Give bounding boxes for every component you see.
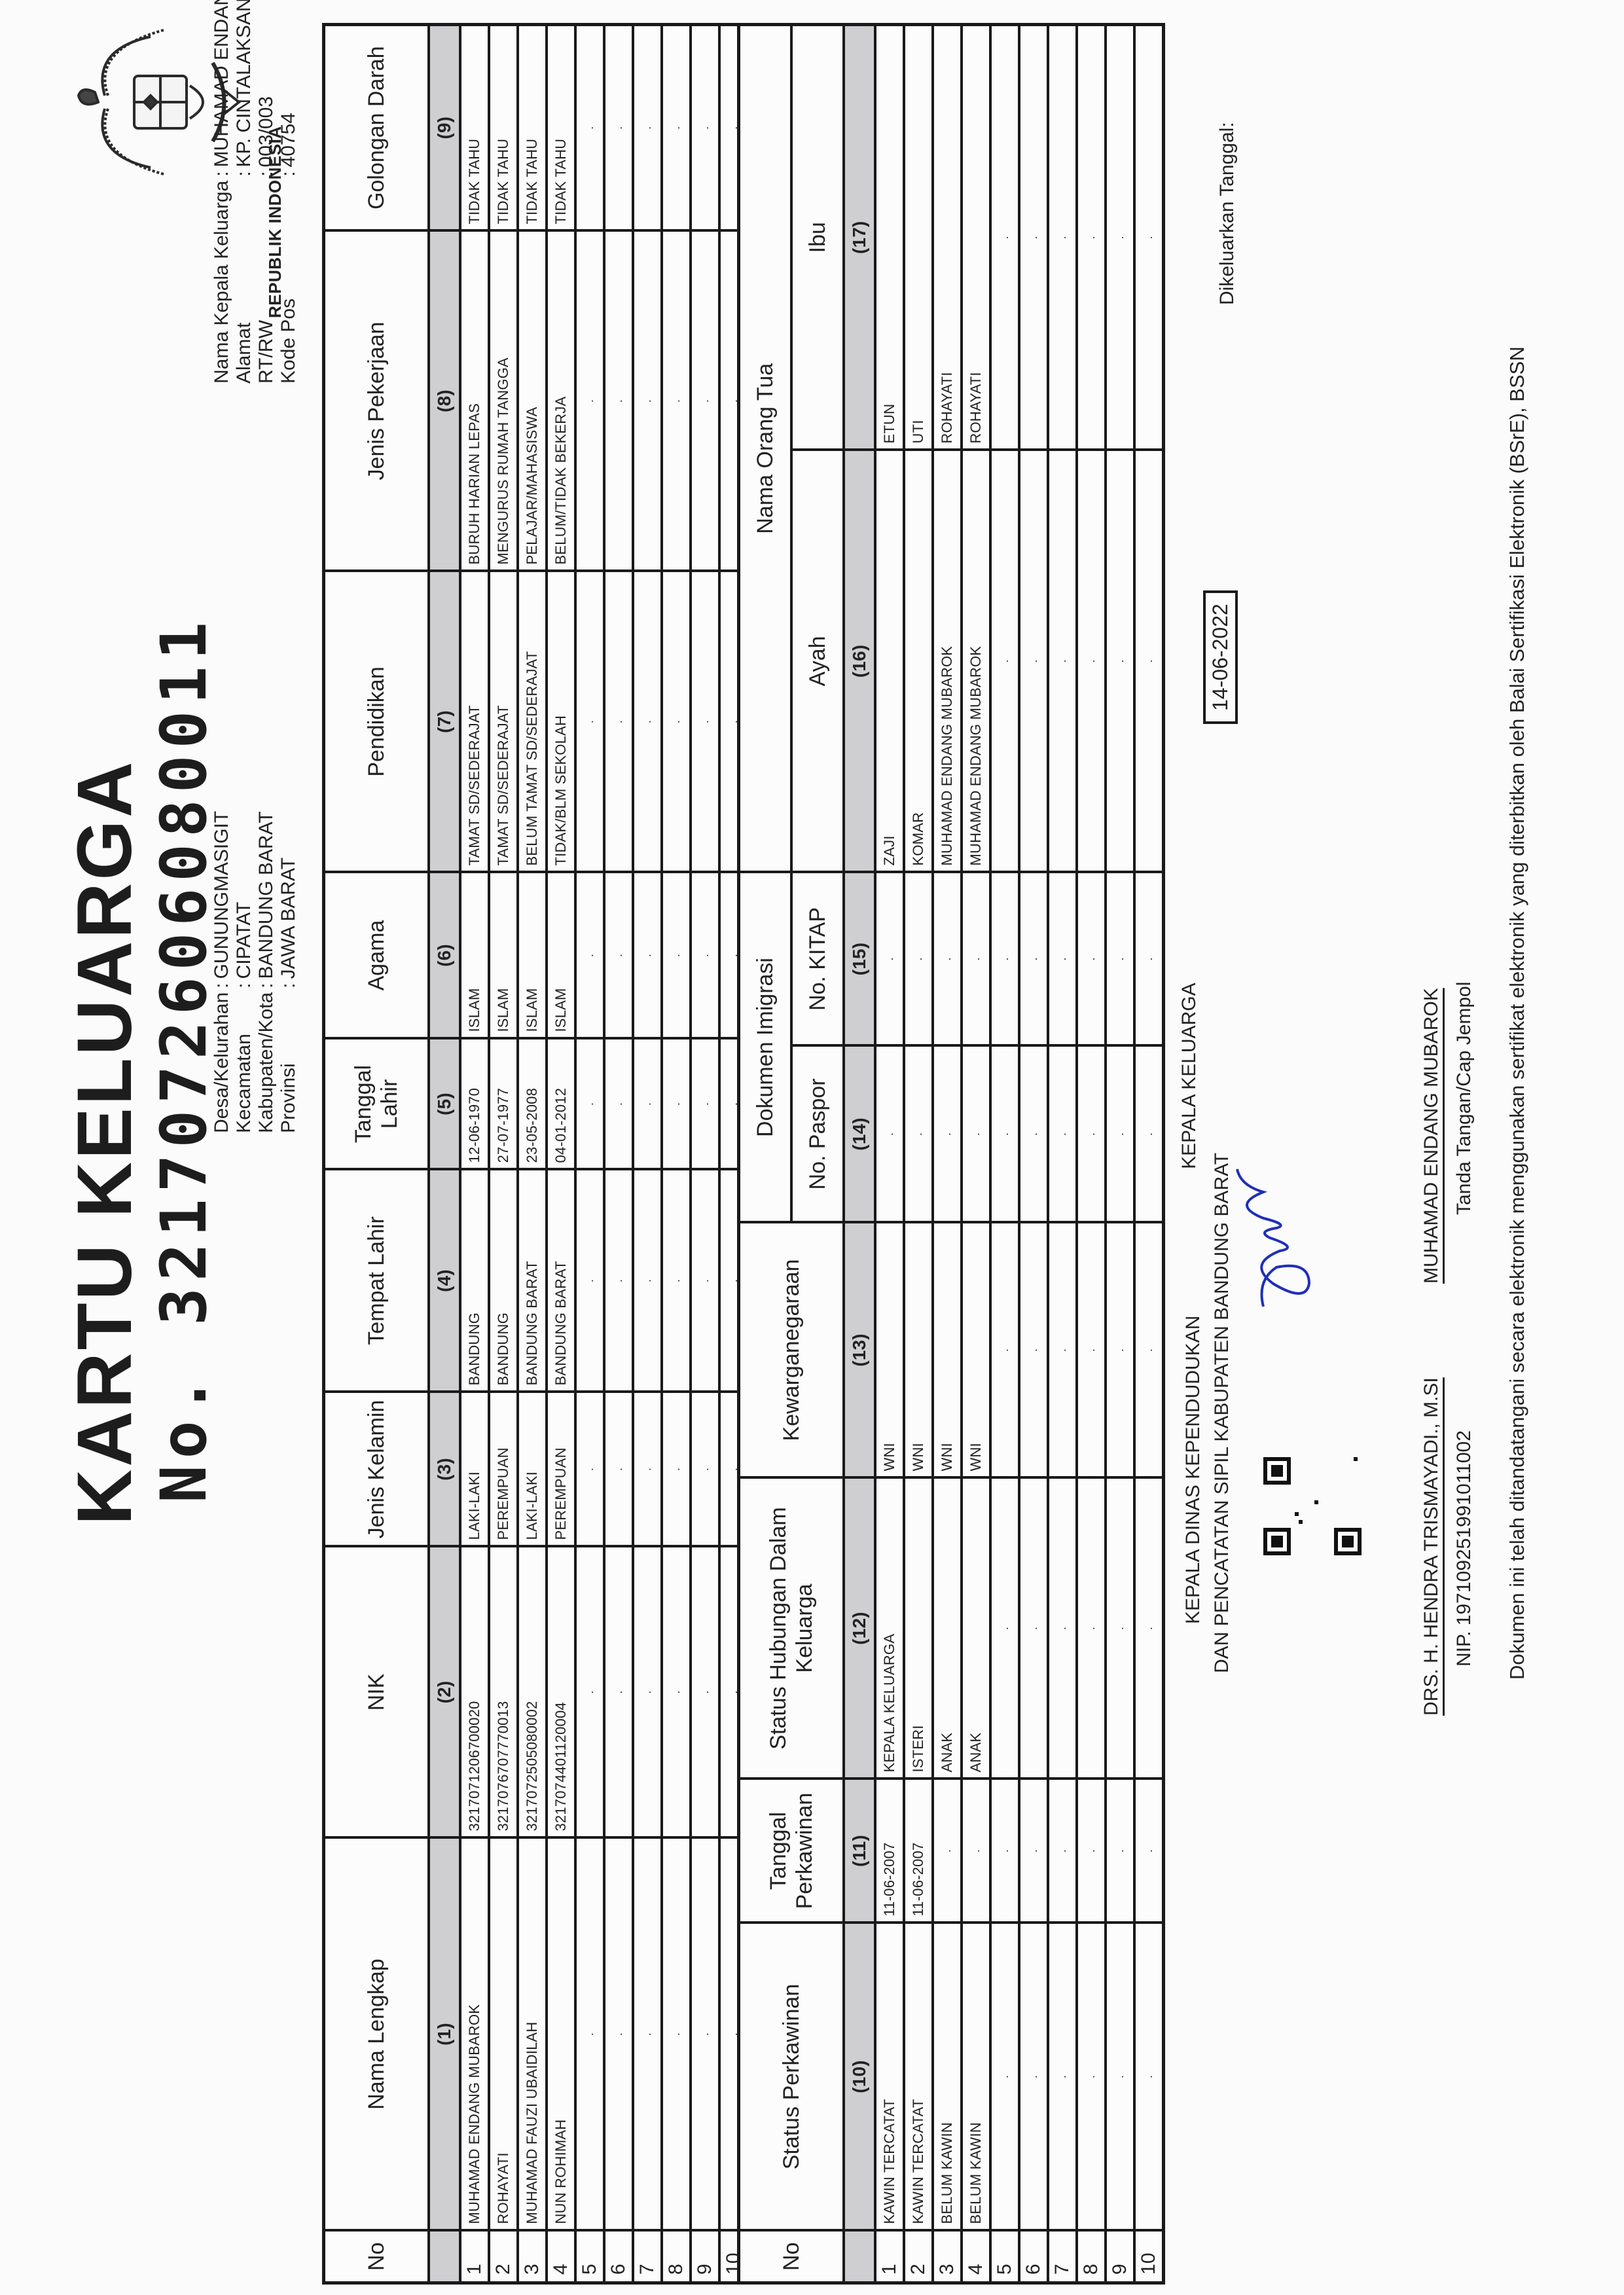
field-value: 40754 [278, 0, 300, 167]
row-number: 3 [518, 2231, 547, 2283]
cell-tempat-lahir: BANDUNG [489, 1170, 518, 1392]
cell-tanggal-lahir: 04-01-2012 [547, 1039, 575, 1170]
column-number: (8) [429, 231, 460, 571]
cell-status-hubungan-dalam-keluarga: ISTERI [904, 1478, 933, 1779]
field-label: Kabupaten/Kota [255, 988, 278, 1133]
signature-icon [1224, 1143, 1322, 1313]
cell-pendidikan: TAMAT SD/SEDERAJAT [460, 571, 489, 873]
cell-jenis-pekerjaan: . [662, 231, 691, 571]
cell-ayah: . [990, 450, 1019, 872]
table-row: 6........ [1019, 24, 1048, 2283]
cell-jenis-kelamin: . [575, 1392, 604, 1547]
family-card-number: No. 3217072606080011 [147, 615, 221, 1503]
cell-no-paspor: . [1019, 1046, 1048, 1223]
header-fields-left: Nama Kepala Keluarga:MUHAMAD ENDANG MUBA… [211, 0, 300, 384]
cell-pendidikan: BELUM TAMAT SD/SEDERAJAT [518, 571, 547, 873]
cell-pendidikan: . [575, 571, 604, 873]
cell-tanggal-lahir: . [604, 1039, 633, 1170]
cell-jenis-pekerjaan: . [604, 231, 633, 571]
cell-tanggal-perkawinan: . [1019, 1779, 1048, 1923]
header-field-nama-kepala-keluarga: Nama Kepala Keluarga:MUHAMAD ENDANG MUBA… [211, 0, 233, 384]
cell-ayah: MUHAMAD ENDANG MUBAROK [962, 450, 990, 872]
row-number: 10 [1134, 2231, 1164, 2283]
cell-tempat-lahir: BANDUNG [460, 1170, 489, 1392]
cell-status-perkawinan: . [1048, 1923, 1077, 2231]
cell-jenis-pekerjaan: . [691, 231, 719, 571]
cell-jenis-kelamin: . [633, 1392, 662, 1547]
col-header-ayah: Ayah [791, 450, 844, 872]
field-colon: : [211, 979, 233, 988]
cell-no-kitap: . [990, 872, 1019, 1045]
cell-jenis-pekerjaan: . [575, 231, 604, 571]
cell-kewarganegaraan: . [1134, 1223, 1164, 1478]
field-colon: : [255, 979, 278, 988]
cell-pendidikan: TAMAT SD/SEDERAJAT [489, 571, 518, 873]
header-fields-right: Desa/Kelurahan:GUNUNGMASIGITKecamatan:CI… [211, 807, 300, 1133]
cell-nik: 3217076707770013 [489, 1547, 518, 1838]
cell-golongan-darah: TIDAK TAHU [460, 25, 489, 231]
col-header-tanggal-perkawinan: Tanggal Perkawinan [739, 1779, 844, 1923]
cell-tanggal-lahir: . [691, 1039, 719, 1170]
header-field-kecamatan: Kecamatan:CIPATAT [233, 807, 255, 1133]
row-number: 1 [460, 2231, 489, 2283]
cell-agama: . [662, 873, 691, 1039]
cell-jenis-kelamin: PEREMPUAN [547, 1392, 575, 1547]
cell-ayah: KOMAR [904, 450, 933, 872]
cell-golongan-darah: TIDAK TAHU [489, 25, 518, 231]
row-number: 5 [575, 2231, 604, 2283]
col-header-no: No [739, 2231, 844, 2283]
cell-tanggal-perkawinan: . [1106, 1779, 1134, 1923]
cell-agama: ISLAM [489, 873, 518, 1039]
cell-jenis-kelamin: LAKI-LAKI [460, 1392, 489, 1547]
col-header-nik: NIK [324, 1547, 429, 1838]
cell-ayah: MUHAMAD ENDANG MUBAROK [933, 450, 962, 872]
cell-no-paspor: . [990, 1046, 1019, 1223]
column-number: (14) [844, 1046, 875, 1223]
col-header-status-hubungan: Status Hubungan Dalam Keluarga [739, 1478, 844, 1779]
cell-ayah: . [1106, 450, 1134, 872]
col-header-pendidikan: Pendidikan [324, 571, 429, 873]
col-header-nama-lengkap: Nama Lengkap [324, 1838, 429, 2231]
col-header-golongan-darah: Golongan Darah [324, 25, 429, 231]
civil-status-table: No Status Perkawinan Tanggal Perkawinan … [737, 23, 1165, 2285]
cell-agama: . [575, 873, 604, 1039]
cell-nik: 3217074401120004 [547, 1547, 575, 1838]
col-header-agama: Agama [324, 873, 429, 1039]
number-label: No. [147, 1370, 221, 1503]
column-number [429, 2231, 460, 2283]
cell-tanggal-lahir: 12-06-1970 [460, 1039, 489, 1170]
members-table: NoNama LengkapNIKJenis KelaminTempat Lah… [322, 23, 750, 2285]
table-row: 2ROHAYATI3217076707770013PEREMPUANBANDUN… [489, 25, 518, 2283]
table-row: 9......... [691, 25, 719, 2283]
row-number: 6 [1019, 2231, 1048, 2283]
cell-pendidikan: . [633, 571, 662, 873]
head-of-family-title: KEPALA KELUARGA [1178, 983, 1200, 1169]
field-colon: : [233, 979, 255, 988]
cell-status-hubungan-dalam-keluarga: . [990, 1478, 1019, 1779]
cell-ibu: . [1077, 24, 1106, 450]
cell-tempat-lahir: . [604, 1170, 633, 1392]
cell-tanggal-perkawinan: 11-06-2007 [875, 1779, 904, 1923]
cell-jenis-pekerjaan: . [633, 231, 662, 571]
row-number: 1 [875, 2231, 904, 2283]
cell-tanggal-perkawinan: . [1134, 1779, 1164, 1923]
cell-kewarganegaraan: . [1077, 1223, 1106, 1478]
cell-nik: 3217071206700020 [460, 1547, 489, 1838]
cell-nama-lengkap: MUHAMAD FAUZI UBAIDILAH [518, 1838, 547, 2231]
document-title: KARTU KELUARGA [60, 759, 149, 1525]
cell-ibu: . [1019, 24, 1048, 450]
column-number: (17) [844, 24, 875, 450]
cell-status-hubungan-dalam-keluarga: . [1106, 1478, 1134, 1779]
cell-ayah: ZAJI [875, 450, 904, 872]
cell-golongan-darah: . [633, 25, 662, 231]
column-number: (2) [429, 1547, 460, 1838]
signature-caption: Tanda Tangan/Cap Jempol [1453, 982, 1475, 1215]
table-row: 3MUHAMAD FAUZI UBAIDILAH3217072505080002… [518, 25, 547, 2283]
cell-status-hubungan-dalam-keluarga: . [1048, 1478, 1077, 1779]
row-number: 9 [1106, 2231, 1134, 2283]
cell-jenis-pekerjaan: MENGURUS RUMAH TANGGA [489, 231, 518, 571]
field-colon: : [255, 167, 278, 176]
col-header-ibu: Ibu [791, 24, 844, 450]
column-number: (3) [429, 1392, 460, 1547]
cell-agama: . [604, 873, 633, 1039]
row-number: 2 [489, 2231, 518, 2283]
column-number: (12) [844, 1478, 875, 1779]
table-row: 4BELUM KAWIN.ANAKWNI..MUHAMAD ENDANG MUB… [962, 24, 990, 2283]
cell-tanggal-perkawinan: . [1048, 1779, 1077, 1923]
cell-status-perkawinan: KAWIN TERCATAT [875, 1923, 904, 2231]
field-colon: : [278, 979, 300, 988]
col-header-no-kitap: No. KITAP [791, 872, 844, 1045]
header-field-kode-pos: Kode Pos:40754 [278, 0, 300, 384]
cell-ibu: . [1048, 24, 1077, 450]
col-header-kewarganegaraan: Kewarganegaraan [739, 1223, 844, 1478]
cell-pendidikan: . [604, 571, 633, 873]
cell-status-perkawinan: KAWIN TERCATAT [904, 1923, 933, 2231]
table-row: 4NUN ROHIMAH3217074401120004PEREMPUANBAN… [547, 25, 575, 2283]
table-row: 10........ [1134, 24, 1164, 2283]
cell-tanggal-perkawinan: 11-06-2007 [904, 1779, 933, 1923]
field-label: Desa/Kelurahan [211, 988, 233, 1133]
cell-nama-lengkap: . [691, 1838, 719, 2231]
column-number: (6) [429, 873, 460, 1039]
table-row: 6......... [604, 25, 633, 2283]
cell-tempat-lahir: . [691, 1170, 719, 1392]
table-row: 8........ [1077, 24, 1106, 2283]
cell-no-paspor: . [1077, 1046, 1106, 1223]
cell-golongan-darah: . [691, 25, 719, 231]
cell-status-perkawinan: BELUM KAWIN [933, 1923, 962, 2231]
column-number: (7) [429, 571, 460, 873]
column-number: (15) [844, 872, 875, 1045]
column-number: (1) [429, 1838, 460, 2231]
cell-jenis-pekerjaan: PELAJAR/MAHASISWA [518, 231, 547, 571]
cell-agama: ISLAM [460, 873, 489, 1039]
cell-nik: 3217072505080002 [518, 1547, 547, 1838]
col-header-no: No [324, 2231, 429, 2283]
cell-ibu: . [1134, 24, 1164, 450]
cell-no-kitap: . [1106, 872, 1134, 1045]
cell-golongan-darah: . [575, 25, 604, 231]
cell-status-perkawinan: . [1019, 1923, 1048, 2231]
row-number: 5 [990, 2231, 1019, 2283]
cell-golongan-darah: TIDAK TAHU [518, 25, 547, 231]
cell-ibu: . [990, 24, 1019, 450]
field-value: KP. CINTALAKSANA [233, 0, 255, 167]
cell-golongan-darah: TIDAK TAHU [547, 25, 575, 231]
row-number: 4 [547, 2231, 575, 2283]
cell-no-kitap: . [875, 872, 904, 1045]
cell-ayah: . [1077, 450, 1106, 872]
cell-tanggal-lahir: . [575, 1039, 604, 1170]
cell-jenis-kelamin: . [604, 1392, 633, 1547]
cell-status-hubungan-dalam-keluarga: . [1077, 1478, 1106, 1779]
cell-tanggal-lahir: . [662, 1039, 691, 1170]
cell-tempat-lahir: BANDUNG BARAT [547, 1170, 575, 1392]
column-number: (13) [844, 1223, 875, 1478]
cell-no-kitap: . [1048, 872, 1077, 1045]
cell-ibu: ETUN [875, 24, 904, 450]
cell-nama-lengkap: . [575, 1838, 604, 2231]
field-value: GUNUNGMASIGIT [211, 807, 233, 979]
cell-nik: . [691, 1547, 719, 1838]
head-of-family-name: MUHAMAD ENDANG MUBAROK [1420, 988, 1443, 1284]
field-value: BANDUNG BARAT [255, 807, 278, 979]
cell-tanggal-lahir: 23-05-2008 [518, 1039, 547, 1170]
cell-no-paspor: . [875, 1046, 904, 1223]
cell-jenis-kelamin: PEREMPUAN [489, 1392, 518, 1547]
field-label: Alamat [233, 177, 255, 384]
cell-no-paspor: . [1106, 1046, 1134, 1223]
cell-no-kitap: . [904, 872, 933, 1045]
cell-tempat-lahir: . [633, 1170, 662, 1392]
cell-kewarganegaraan: . [1048, 1223, 1077, 1478]
cell-no-kitap: . [962, 872, 990, 1045]
cell-jenis-kelamin: LAKI-LAKI [518, 1392, 547, 1547]
cell-agama: . [633, 873, 662, 1039]
cell-jenis-kelamin: . [662, 1392, 691, 1547]
official-title-line1: KEPALA DINAS KEPENDUDUKAN [1182, 1316, 1204, 1624]
number-value: 3217072606080011 [147, 615, 221, 1326]
cell-tempat-lahir: BANDUNG BARAT [518, 1170, 547, 1392]
cell-status-hubungan-dalam-keluarga: . [1134, 1478, 1164, 1779]
cell-no-kitap: . [1019, 872, 1048, 1045]
group-header-nama-orang-tua: Nama Orang Tua [739, 24, 791, 872]
field-colon: : [211, 167, 233, 176]
cell-tanggal-lahir: 27-07-1977 [489, 1039, 518, 1170]
column-number: (5) [429, 1039, 460, 1170]
row-number: 9 [691, 2231, 719, 2283]
cell-no-paspor: . [1048, 1046, 1077, 1223]
cell-agama: . [691, 873, 719, 1039]
col-header-status-perkawinan: Status Perkawinan [739, 1923, 844, 2231]
cell-golongan-darah: . [662, 25, 691, 231]
cell-no-kitap: . [1134, 872, 1164, 1045]
group-header-dokumen-imigrasi: Dokumen Imigrasi [739, 872, 791, 1222]
column-number: (4) [429, 1170, 460, 1392]
family-card-sheet: REPUBLIK INDONESIA KARTU KELUARGA No. 32… [0, 0, 1624, 2295]
cell-status-hubungan-dalam-keluarga: ANAK [962, 1478, 990, 1779]
electronic-signature-disclaimer: Dokumen ini telah ditandatangani secara … [1506, 346, 1529, 1680]
field-value: 003/003 [255, 0, 278, 167]
cell-ayah: . [1048, 450, 1077, 872]
cell-status-perkawinan: . [1106, 1923, 1134, 2231]
cell-nik: . [604, 1547, 633, 1838]
cell-pendidikan: TIDAK/BLM SEKOLAH [547, 571, 575, 873]
cell-no-kitap: . [1077, 872, 1106, 1045]
row-number: 3 [933, 2231, 962, 2283]
qr-code-icon [1263, 1457, 1362, 1555]
cell-ibu: . [1106, 24, 1134, 450]
cell-ayah: . [1134, 450, 1164, 872]
cell-no-paspor: . [933, 1046, 962, 1223]
column-number: (10) [844, 1923, 875, 2231]
column-number: (16) [844, 450, 875, 872]
issued-date-label: Dikeluarkan Tanggal: [1216, 122, 1238, 305]
cell-nama-lengkap: . [604, 1838, 633, 2231]
cell-nama-lengkap: ROHAYATI [489, 1838, 518, 2231]
field-label: Provinsi [278, 988, 300, 1133]
cell-ibu: ROHAYATI [962, 24, 990, 450]
cell-status-hubungan-dalam-keluarga: ANAK [933, 1478, 962, 1779]
cell-agama: ISLAM [518, 873, 547, 1039]
col-header-jenis-kelamin: Jenis Kelamin [324, 1392, 429, 1547]
cell-status-perkawinan: . [1077, 1923, 1106, 2231]
table-row: 3BELUM KAWIN.ANAKWNI..MUHAMAD ENDANG MUB… [933, 24, 962, 2283]
cell-nama-lengkap: MUHAMAD ENDANG MUBAROK [460, 1838, 489, 2231]
row-number: 8 [662, 2231, 691, 2283]
cell-ibu: ROHAYATI [933, 24, 962, 450]
issued-date-value: 14-06-2022 [1203, 590, 1238, 724]
cell-kewarganegaraan: WNI [904, 1223, 933, 1478]
cell-tanggal-perkawinan: . [962, 1779, 990, 1923]
cell-nik: . [662, 1547, 691, 1838]
cell-nik: . [575, 1547, 604, 1838]
cell-kewarganegaraan: . [990, 1223, 1019, 1478]
cell-kewarganegaraan: WNI [933, 1223, 962, 1478]
cell-pendidikan: . [662, 571, 691, 873]
header-field-alamat: Alamat:KP. CINTALAKSANA [233, 0, 255, 384]
table-row: 7........ [1048, 24, 1077, 2283]
field-label: Kecamatan [233, 988, 255, 1133]
cell-tanggal-perkawinan: . [933, 1779, 962, 1923]
field-value: MUHAMAD ENDANG MUBAROK [211, 0, 233, 167]
cell-nama-lengkap: NUN ROHIMAH [547, 1838, 575, 2231]
row-number: 2 [904, 2231, 933, 2283]
cell-no-paspor: . [904, 1046, 933, 1223]
table-row: 1MUHAMAD ENDANG MUBAROK3217071206700020L… [460, 25, 489, 2283]
cell-tanggal-lahir: . [633, 1039, 662, 1170]
col-header-jenis-pekerjaan: Jenis Pekerjaan [324, 231, 429, 571]
cell-no-paspor: . [1134, 1046, 1164, 1223]
column-number: (11) [844, 1779, 875, 1923]
table-row: 5........ [990, 24, 1019, 2283]
field-label: Nama Kepala Keluarga [211, 177, 233, 384]
cell-jenis-pekerjaan: BURUH HARIAN LEPAS [460, 231, 489, 571]
cell-no-kitap: . [933, 872, 962, 1045]
official-title-line2: DAN PENCATATAN SIPIL KABUPATEN BANDUNG B… [1211, 1153, 1233, 1673]
row-number: 7 [633, 2231, 662, 2283]
field-colon: : [233, 167, 255, 176]
cell-tanggal-perkawinan: . [1077, 1779, 1106, 1923]
cell-ibu: UTI [904, 24, 933, 450]
cell-kewarganegaraan: . [1106, 1223, 1134, 1478]
cell-status-perkawinan: . [990, 1923, 1019, 2231]
field-colon: : [278, 167, 300, 176]
table-row: 2KAWIN TERCATAT11-06-2007ISTERIWNI..KOMA… [904, 24, 933, 2283]
col-header-tempat-lahir: Tempat Lahir [324, 1170, 429, 1392]
cell-tanggal-perkawinan: . [990, 1779, 1019, 1923]
cell-status-hubungan-dalam-keluarga: KEPALA KELUARGA [875, 1478, 904, 1779]
table-row: 7......... [633, 25, 662, 2283]
header-field-kabupaten-kota: Kabupaten/Kota:BANDUNG BARAT [255, 807, 278, 1133]
cell-kewarganegaraan: WNI [962, 1223, 990, 1478]
column-number [844, 2231, 875, 2283]
row-number: 8 [1077, 2231, 1106, 2283]
official-nip: NIP. 197109251991011002 [1453, 1430, 1475, 1667]
table-row: 9........ [1106, 24, 1134, 2283]
table-row: 1KAWIN TERCATAT11-06-2007KEPALA KELUARGA… [875, 24, 904, 2283]
col-header-tanggal-lahir: Tanggal Lahir [324, 1039, 429, 1170]
cell-jenis-kelamin: . [691, 1392, 719, 1547]
row-number: 4 [962, 2231, 990, 2283]
field-label: Kode Pos [278, 177, 300, 384]
row-number: 7 [1048, 2231, 1077, 2283]
header-field-rt-rw: RT/RW:003/003 [255, 0, 278, 384]
cell-status-perkawinan: BELUM KAWIN [962, 1923, 990, 2231]
cell-nama-lengkap: . [662, 1838, 691, 2231]
cell-pendidikan: . [691, 571, 719, 873]
cell-jenis-pekerjaan: BELUM/TIDAK BEKERJA [547, 231, 575, 571]
cell-kewarganegaraan: . [1019, 1223, 1048, 1478]
field-value: JAWA BARAT [278, 807, 300, 979]
field-label: RT/RW [255, 177, 278, 384]
cell-nama-lengkap: . [633, 1838, 662, 2231]
field-value: CIPATAT [233, 807, 255, 979]
cell-nik: . [633, 1547, 662, 1838]
cell-tempat-lahir: . [662, 1170, 691, 1392]
table-row: 5......... [575, 25, 604, 2283]
cell-kewarganegaraan: WNI [875, 1223, 904, 1478]
header-field-provinsi: Provinsi:JAWA BARAT [278, 807, 300, 1133]
cell-status-perkawinan: . [1134, 1923, 1164, 2231]
cell-ayah: . [1019, 450, 1048, 872]
col-header-no-paspor: No. Paspor [791, 1046, 844, 1223]
official-name: DRS. H. HENDRA TRISMAYADI., M.SI [1420, 1377, 1443, 1716]
cell-agama: ISLAM [547, 873, 575, 1039]
header-field-desa-kelurahan: Desa/Kelurahan:GUNUNGMASIGIT [211, 807, 233, 1133]
column-number: (9) [429, 25, 460, 231]
cell-golongan-darah: . [604, 25, 633, 231]
cell-tempat-lahir: . [575, 1170, 604, 1392]
cell-no-paspor: . [962, 1046, 990, 1223]
row-number: 6 [604, 2231, 633, 2283]
cell-status-hubungan-dalam-keluarga: . [1019, 1478, 1048, 1779]
table-row: 8......... [662, 25, 691, 2283]
